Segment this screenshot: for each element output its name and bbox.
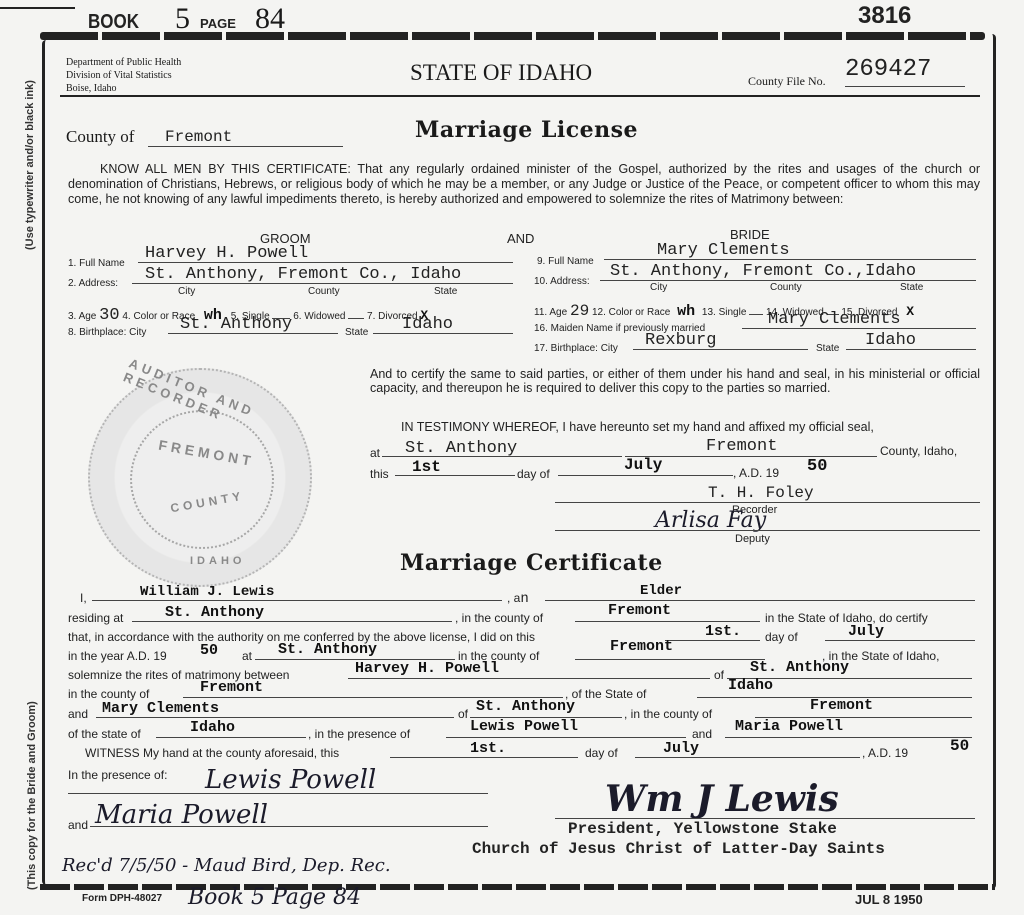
groom-birthplace-label: 8. Birthplace: City xyxy=(68,327,146,338)
bride-race-value: wh xyxy=(673,303,699,320)
page-number: 84 xyxy=(255,2,285,36)
cert-a-text: , a xyxy=(507,591,520,605)
bride-state-label: of the state of xyxy=(68,727,141,741)
residing-label: residing at xyxy=(68,611,123,625)
at-city-line xyxy=(382,456,622,457)
license-ad-label: , A.D. 19 xyxy=(733,466,779,480)
groom-name-line xyxy=(138,262,513,263)
presence-of-label: In the presence of: xyxy=(68,768,167,782)
groom-name-label: 1. Full Name xyxy=(68,258,125,269)
bride-single-value xyxy=(749,314,763,315)
officiant-title-2: Church of Jesus Christ of Latter-Day Sai… xyxy=(472,840,885,858)
groom-county-label: in the county of xyxy=(68,687,149,701)
groom-address-city-sub: City xyxy=(178,286,195,297)
license-month-line xyxy=(558,475,733,476)
cert-groom-county: Fremont xyxy=(200,679,263,696)
at-county-line xyxy=(625,456,877,457)
at-label: at xyxy=(370,446,380,460)
license-day: 1st xyxy=(412,458,441,476)
groom-name-value: Harvey H. Powell xyxy=(145,244,308,263)
witness-day-line xyxy=(390,757,578,758)
groom-birthplace-city-line xyxy=(168,333,338,334)
officiant-name: William J. Lewis xyxy=(140,584,274,600)
county-line xyxy=(148,146,343,147)
cert-year: 50 xyxy=(200,642,218,659)
groom-birthplace-city: St. Anthony xyxy=(180,315,292,334)
cert-month: July xyxy=(848,623,884,640)
state-certify-label: in the State of Idaho, do certify xyxy=(765,611,928,625)
cert-bride-of-label: of xyxy=(458,707,468,721)
bride-address-line xyxy=(600,280,976,281)
officiant-line xyxy=(92,600,502,601)
cert-year-label: in the year A.D. 19 xyxy=(68,649,167,663)
recorder-line xyxy=(555,502,980,503)
bride-birth-state: Idaho xyxy=(865,331,916,350)
bride-heading: BRIDE xyxy=(730,227,770,242)
county-file-line xyxy=(845,86,965,87)
bride-address-county-sub: County xyxy=(770,282,802,293)
and-heading: AND xyxy=(507,231,534,246)
groom-widowed-value xyxy=(348,318,364,319)
cert-at-county: Fremont xyxy=(610,638,673,655)
county-file-number: 269427 xyxy=(845,56,931,83)
cert-of-label: of xyxy=(714,668,724,682)
groom-state-label: , of the State of xyxy=(565,687,646,701)
witness2-signature-line xyxy=(90,826,488,827)
witness-and-label: and xyxy=(692,727,712,741)
office-line xyxy=(545,600,975,601)
license-title: Marriage License xyxy=(415,117,638,143)
page-label: PAGE xyxy=(200,16,236,31)
certify-text: And to certify the same to said parties,… xyxy=(370,367,980,395)
witness-day-of-label: day of xyxy=(585,746,618,760)
officiant-office: Elder xyxy=(640,583,682,599)
bride-birth-state-line xyxy=(846,349,976,350)
cert-and-label: and xyxy=(68,707,88,721)
bride-maiden-line xyxy=(742,328,976,329)
bottom-border-ornament xyxy=(40,884,995,890)
groom-address-line xyxy=(132,283,513,284)
officiant-title-1: President, Yellowstone Stake xyxy=(568,820,837,838)
at-county: Fremont xyxy=(706,437,777,456)
book-page-note: Book 5 Page 84 xyxy=(188,885,361,910)
witness-text: WITNESS My hand at the county aforesaid,… xyxy=(85,746,339,760)
cert-bride-county: Fremont xyxy=(810,697,873,714)
residing-county: Fremont xyxy=(608,602,671,619)
testimony-text: IN TESTIMONY WHEREOF, I have hereunto se… xyxy=(401,420,874,434)
bride-birthplace-city: Rexburg xyxy=(645,331,716,350)
cert-bride-city: St. Anthony xyxy=(476,698,575,715)
cert-bride-state: Idaho xyxy=(190,719,235,736)
cert-groom-city: St. Anthony xyxy=(750,659,849,676)
license-month: July xyxy=(624,456,662,474)
license-day-of-label: day of xyxy=(517,467,550,481)
groom-age-value: 30 xyxy=(99,306,119,325)
cert-day: 1st. xyxy=(705,623,741,640)
cert-a-label: , an xyxy=(507,591,529,607)
bride-name-label: 9. Full Name xyxy=(537,256,594,267)
deputy-label: Deputy xyxy=(735,533,770,545)
cert-day-of-label: day of xyxy=(765,630,798,644)
presence-label: , in the presence of xyxy=(308,727,410,741)
cert-at-city: St. Anthony xyxy=(278,641,377,658)
bride-birth-state-label: State xyxy=(816,343,839,354)
residing-county-label: , in the county of xyxy=(455,611,543,625)
license-day-line xyxy=(395,475,515,476)
groom-birth-state: Idaho xyxy=(402,315,453,334)
side-note-top: (Use typewriter and/or black ink) xyxy=(24,80,36,250)
cert-groom-name-line xyxy=(348,678,710,679)
left-border-ornament xyxy=(42,40,50,885)
witness1-signature-line xyxy=(68,793,488,794)
form-number: Form DPH-48027 xyxy=(82,893,162,904)
top-left-rule xyxy=(0,7,75,9)
bride-age-value: 29 xyxy=(570,302,589,320)
county-file-label: County File No. xyxy=(748,74,826,89)
county-label: County of xyxy=(66,127,134,147)
department-block: Department of Public Health Division of … xyxy=(66,56,181,95)
deputy-line xyxy=(555,530,980,531)
bride-address-label: 10. Address: xyxy=(534,276,590,287)
cert-at-county-line xyxy=(575,659,765,660)
residing-city: St. Anthony xyxy=(165,604,264,621)
cert-groom-name: Harvey H. Powell xyxy=(355,660,499,677)
right-border-ornament xyxy=(988,34,996,889)
cert-month-line xyxy=(825,640,975,641)
witness-and3-label: and xyxy=(68,818,88,832)
groom-birth-state-label: State xyxy=(345,327,368,338)
book-number: 5 xyxy=(175,2,190,36)
bride-birthplace-label: 17. Birthplace: City xyxy=(534,343,618,354)
seal-bottom-text: IDAHO xyxy=(190,555,245,567)
bride-address-value: St. Anthony, Fremont Co.,Idaho xyxy=(610,262,916,281)
groom-age-label: 3. Age xyxy=(68,311,96,322)
bride-single-label: 13. Single xyxy=(702,307,746,318)
cert-an-suffix: n xyxy=(520,591,528,607)
bride-address-state-sub: State xyxy=(900,282,923,293)
bride-divorced-value: X xyxy=(900,304,914,319)
cert-day-line xyxy=(665,640,760,641)
state-title: STATE OF IDAHO xyxy=(410,60,592,86)
book-label: BOOK xyxy=(88,10,139,34)
officiant-signature-line xyxy=(555,818,975,819)
witness-ad-label: , A.D. 19 xyxy=(862,746,908,760)
county-idaho-label: County, Idaho, xyxy=(880,444,957,458)
bride-maiden-value: Mary Clements xyxy=(768,310,901,329)
witness-day: 1st. xyxy=(470,740,506,757)
groom-widowed-label: 6. Widowed xyxy=(293,311,345,322)
groom-address-state-sub: State xyxy=(434,286,457,297)
bride-race-label: 12. Color or Race xyxy=(592,307,670,318)
cert-at-label: at xyxy=(242,649,252,663)
bride-age-label: 11. Age xyxy=(534,307,567,318)
received-stamp: JUL 8 1950 xyxy=(855,892,923,907)
bride-name-line xyxy=(604,259,976,260)
stamp-number: 3816 xyxy=(858,2,911,30)
witness1-signature: Lewis Powell xyxy=(205,765,376,795)
residing-city-line xyxy=(132,621,452,622)
groom-address-county-sub: County xyxy=(308,286,340,297)
county-value: Fremont xyxy=(165,128,232,146)
residing-county-line xyxy=(575,621,760,622)
recorder-name: T. H. Foley xyxy=(708,484,814,502)
recorded-note: Rec'd 7/5/50 - Maud Bird, Dep. Rec. xyxy=(62,855,391,876)
witness-month: July xyxy=(663,740,699,757)
officiant-signature: Wm J Lewis xyxy=(605,778,839,820)
department-line: Division of Vital Statistics xyxy=(66,69,181,82)
this-label: this xyxy=(370,467,389,481)
license-year: 50 xyxy=(807,457,827,476)
groom-address-value: St. Anthony, Fremont Co., Idaho xyxy=(145,265,461,284)
department-line: Boise, Idaho xyxy=(66,82,181,95)
certificate-title: Marriage Certificate xyxy=(400,550,663,576)
cert-bride-name-line xyxy=(96,717,454,718)
side-note-bottom: (This copy for the Bride and Groom) xyxy=(26,701,38,890)
bride-county-label: , in the county of xyxy=(624,707,712,721)
cert-bride-state-line xyxy=(156,737,306,738)
cert-witness1-line xyxy=(446,737,686,738)
county-seal: AUDITOR AND RECORDER FREMONT COUNTY IDAH… xyxy=(88,368,312,587)
cert-groom-state: Idaho xyxy=(728,677,773,694)
cert-witness2-line xyxy=(725,737,972,738)
cert-i-label: I, xyxy=(80,591,87,605)
witness-month-line xyxy=(635,757,860,758)
witness-year: 50 xyxy=(950,737,969,755)
groom-birth-state-line xyxy=(373,333,513,334)
cert-witness2: Maria Powell xyxy=(735,718,843,735)
bride-birthplace-city-line xyxy=(633,349,808,350)
cert-witness1: Lewis Powell xyxy=(470,718,578,735)
header-divider xyxy=(60,95,980,97)
groom-address-label: 2. Address: xyxy=(68,278,118,289)
bride-address-city-sub: City xyxy=(650,282,667,293)
preamble-text: KNOW ALL MEN BY THIS CERTIFICATE: That a… xyxy=(68,162,980,207)
department-line: Department of Public Health xyxy=(66,56,181,69)
top-border-ornament xyxy=(40,32,985,40)
bride-name-value: Mary Clements xyxy=(657,241,790,260)
cert-bride-name: Mary Clements xyxy=(102,700,219,717)
